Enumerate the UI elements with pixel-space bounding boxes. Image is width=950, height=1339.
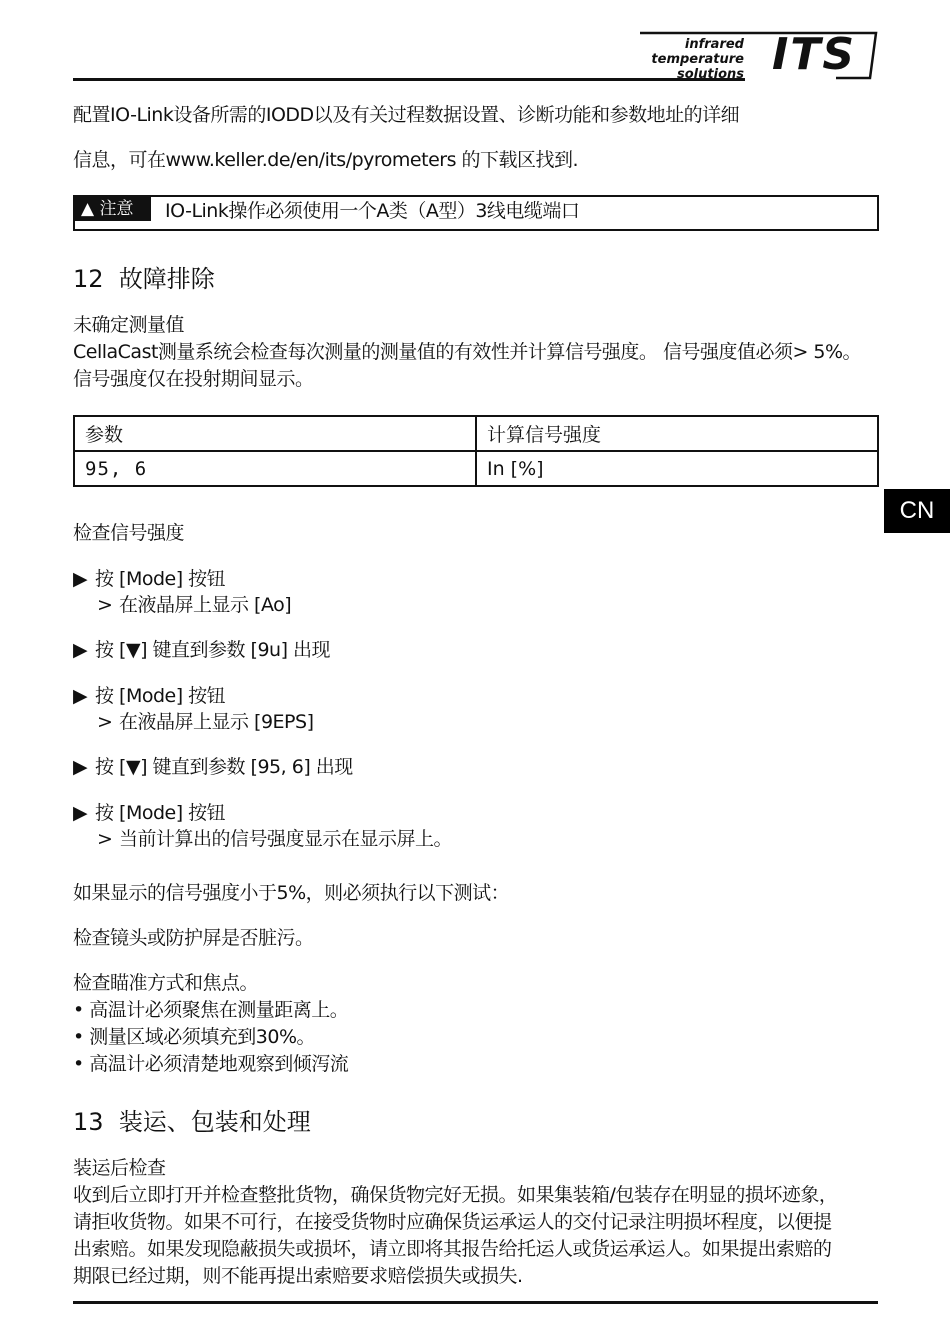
- footer-rule: [73, 1301, 878, 1304]
- shipping-para-line: 期限已经过期，则不能再提出索赔要求赔偿损失或损失.: [73, 1263, 523, 1290]
- chevron-right-icon: >: [97, 709, 119, 736]
- section-12-heading: 12 故障排除: [73, 264, 215, 294]
- bullet-item: • 测量区域必须填充到30%。: [73, 1024, 315, 1051]
- step-result-text: 在液晶屏上显示 [Ao]: [119, 594, 291, 616]
- notice-badge-label: 注意: [99, 199, 133, 219]
- notice-text: IO-Link操作必须使用一个A类（A型）3线电缆端口: [165, 198, 579, 225]
- header-rule: [73, 78, 745, 81]
- triangle-right-icon: ▶: [73, 683, 95, 710]
- its-logo: infrared temperature solutions ITS: [636, 30, 880, 82]
- low-signal-note: 如果显示的信号强度小于5%，则必须执行以下测试：: [73, 880, 509, 907]
- shipping-para-line: 出索赔。如果发现隐蔽损失或损坏，请立即将其报告给托运人或货运承运人。如果提出索赔…: [73, 1236, 832, 1263]
- step-1-result: >在液晶屏上显示 [Ao]: [73, 592, 291, 619]
- logo-line-temperature: temperature: [651, 53, 744, 67]
- section-13-heading: 13 装运、包装和处理: [73, 1107, 311, 1137]
- step-text: 按 [▼] 键直到参数 [9u] 出现: [95, 639, 330, 661]
- table-header-cell: 参数: [74, 416, 476, 451]
- para-line-1: CellaCast测量系统会检查每次测量的测量值的有效性并计算信号强度。 信号强…: [73, 339, 861, 366]
- table-header-row: 参数 计算信号强度: [74, 416, 878, 451]
- language-tab-cn: CN: [884, 489, 950, 533]
- step-3-result: >在液晶屏上显示 [9EPS]: [73, 709, 313, 736]
- bullet-text: 高温计必须清楚地观察到倾泻流: [89, 1053, 348, 1075]
- logo-brand: ITS: [772, 32, 856, 78]
- triangle-right-icon: ▶: [73, 754, 95, 781]
- table-cell-parameter: 95, 6: [74, 451, 476, 486]
- step-text: 按 [▼] 键直到参数 [95, 6] 出现: [95, 756, 353, 778]
- check-lens-note: 检查镜头或防护屏是否脏污。: [73, 925, 314, 952]
- subheading-inspection: 装运后检查: [73, 1155, 166, 1182]
- step-text: 按 [Mode] 按钮: [95, 685, 225, 707]
- table-header-cell: 计算信号强度: [476, 416, 878, 451]
- notice-box: ▲ 注意 IO-Link操作必须使用一个A类（A型）3线电缆端口: [73, 195, 879, 231]
- bullet-icon: •: [73, 1053, 84, 1075]
- bullet-icon: •: [73, 1026, 84, 1048]
- step-2: ▶按 [▼] 键直到参数 [9u] 出现: [73, 637, 330, 664]
- shipping-para-line: 请拒收货物。如果不可行，在接受货物时应确保货运承运人的交付记录注明损坏程度，以便…: [73, 1209, 832, 1236]
- shipping-para-line: 收到后立即打开并检查整批货物，确保货物完好无损。如果集装箱/包装存在明显的损坏迹…: [73, 1182, 837, 1209]
- step-5: ▶按 [Mode] 按钮: [73, 800, 225, 827]
- notice-badge: ▲ 注意: [75, 197, 151, 221]
- table-cell-value: In [%]: [476, 451, 878, 486]
- para-line-2: 信号强度仅在投射期间显示。: [73, 366, 314, 393]
- bullet-text: 高温计必须聚焦在测量距离上。: [89, 999, 348, 1021]
- chevron-right-icon: >: [97, 592, 119, 619]
- triangle-right-icon: ▶: [73, 800, 95, 827]
- table-row: 95, 6 In [%]: [74, 451, 878, 486]
- triangle-right-icon: ▶: [73, 566, 95, 593]
- bullet-item: • 高温计必须聚焦在测量距离上。: [73, 997, 348, 1024]
- bullet-text: 测量区域必须填充到30%。: [89, 1026, 315, 1048]
- step-5-result: >当前计算出的信号强度显示在显示屏上。: [73, 826, 452, 853]
- intro-line-1: 配置IO-Link设备所需的IODD以及有关过程数据设置、诊断功能和参数地址的详…: [73, 102, 739, 129]
- section-number: 13: [73, 1108, 104, 1136]
- intro-line-2: 信息，可在www.keller.de/en/its/pyrometers 的下载…: [73, 147, 578, 174]
- bullet-item: • 高温计必须清楚地观察到倾泻流: [73, 1051, 348, 1078]
- step-text: 按 [Mode] 按钮: [95, 568, 225, 590]
- check-signal-heading: 检查信号强度: [73, 520, 184, 547]
- parameter-table: 参数 计算信号强度 95, 6 In [%]: [73, 415, 879, 487]
- step-text: 按 [Mode] 按钮: [95, 802, 225, 824]
- section-number: 12: [73, 265, 104, 293]
- section-title: 故障排除: [119, 265, 215, 293]
- section-title: 装运、包装和处理: [119, 1108, 311, 1136]
- step-3: ▶按 [Mode] 按钮: [73, 683, 225, 710]
- chevron-right-icon: >: [97, 826, 119, 853]
- warning-icon: ▲: [81, 199, 94, 219]
- step-4: ▶按 [▼] 键直到参数 [95, 6] 出现: [73, 754, 353, 781]
- step-result-text: 当前计算出的信号强度显示在显示屏上。: [119, 828, 452, 850]
- step-1: ▶按 [Mode] 按钮: [73, 566, 225, 593]
- bullet-icon: •: [73, 999, 84, 1021]
- subheading-undetermined: 未确定测量值: [73, 312, 184, 339]
- triangle-right-icon: ▶: [73, 637, 95, 664]
- logo-line-infrared: infrared: [685, 38, 744, 52]
- step-result-text: 在液晶屏上显示 [9EPS]: [119, 711, 313, 733]
- check-aim-note: 检查瞄准方式和焦点。: [73, 970, 258, 997]
